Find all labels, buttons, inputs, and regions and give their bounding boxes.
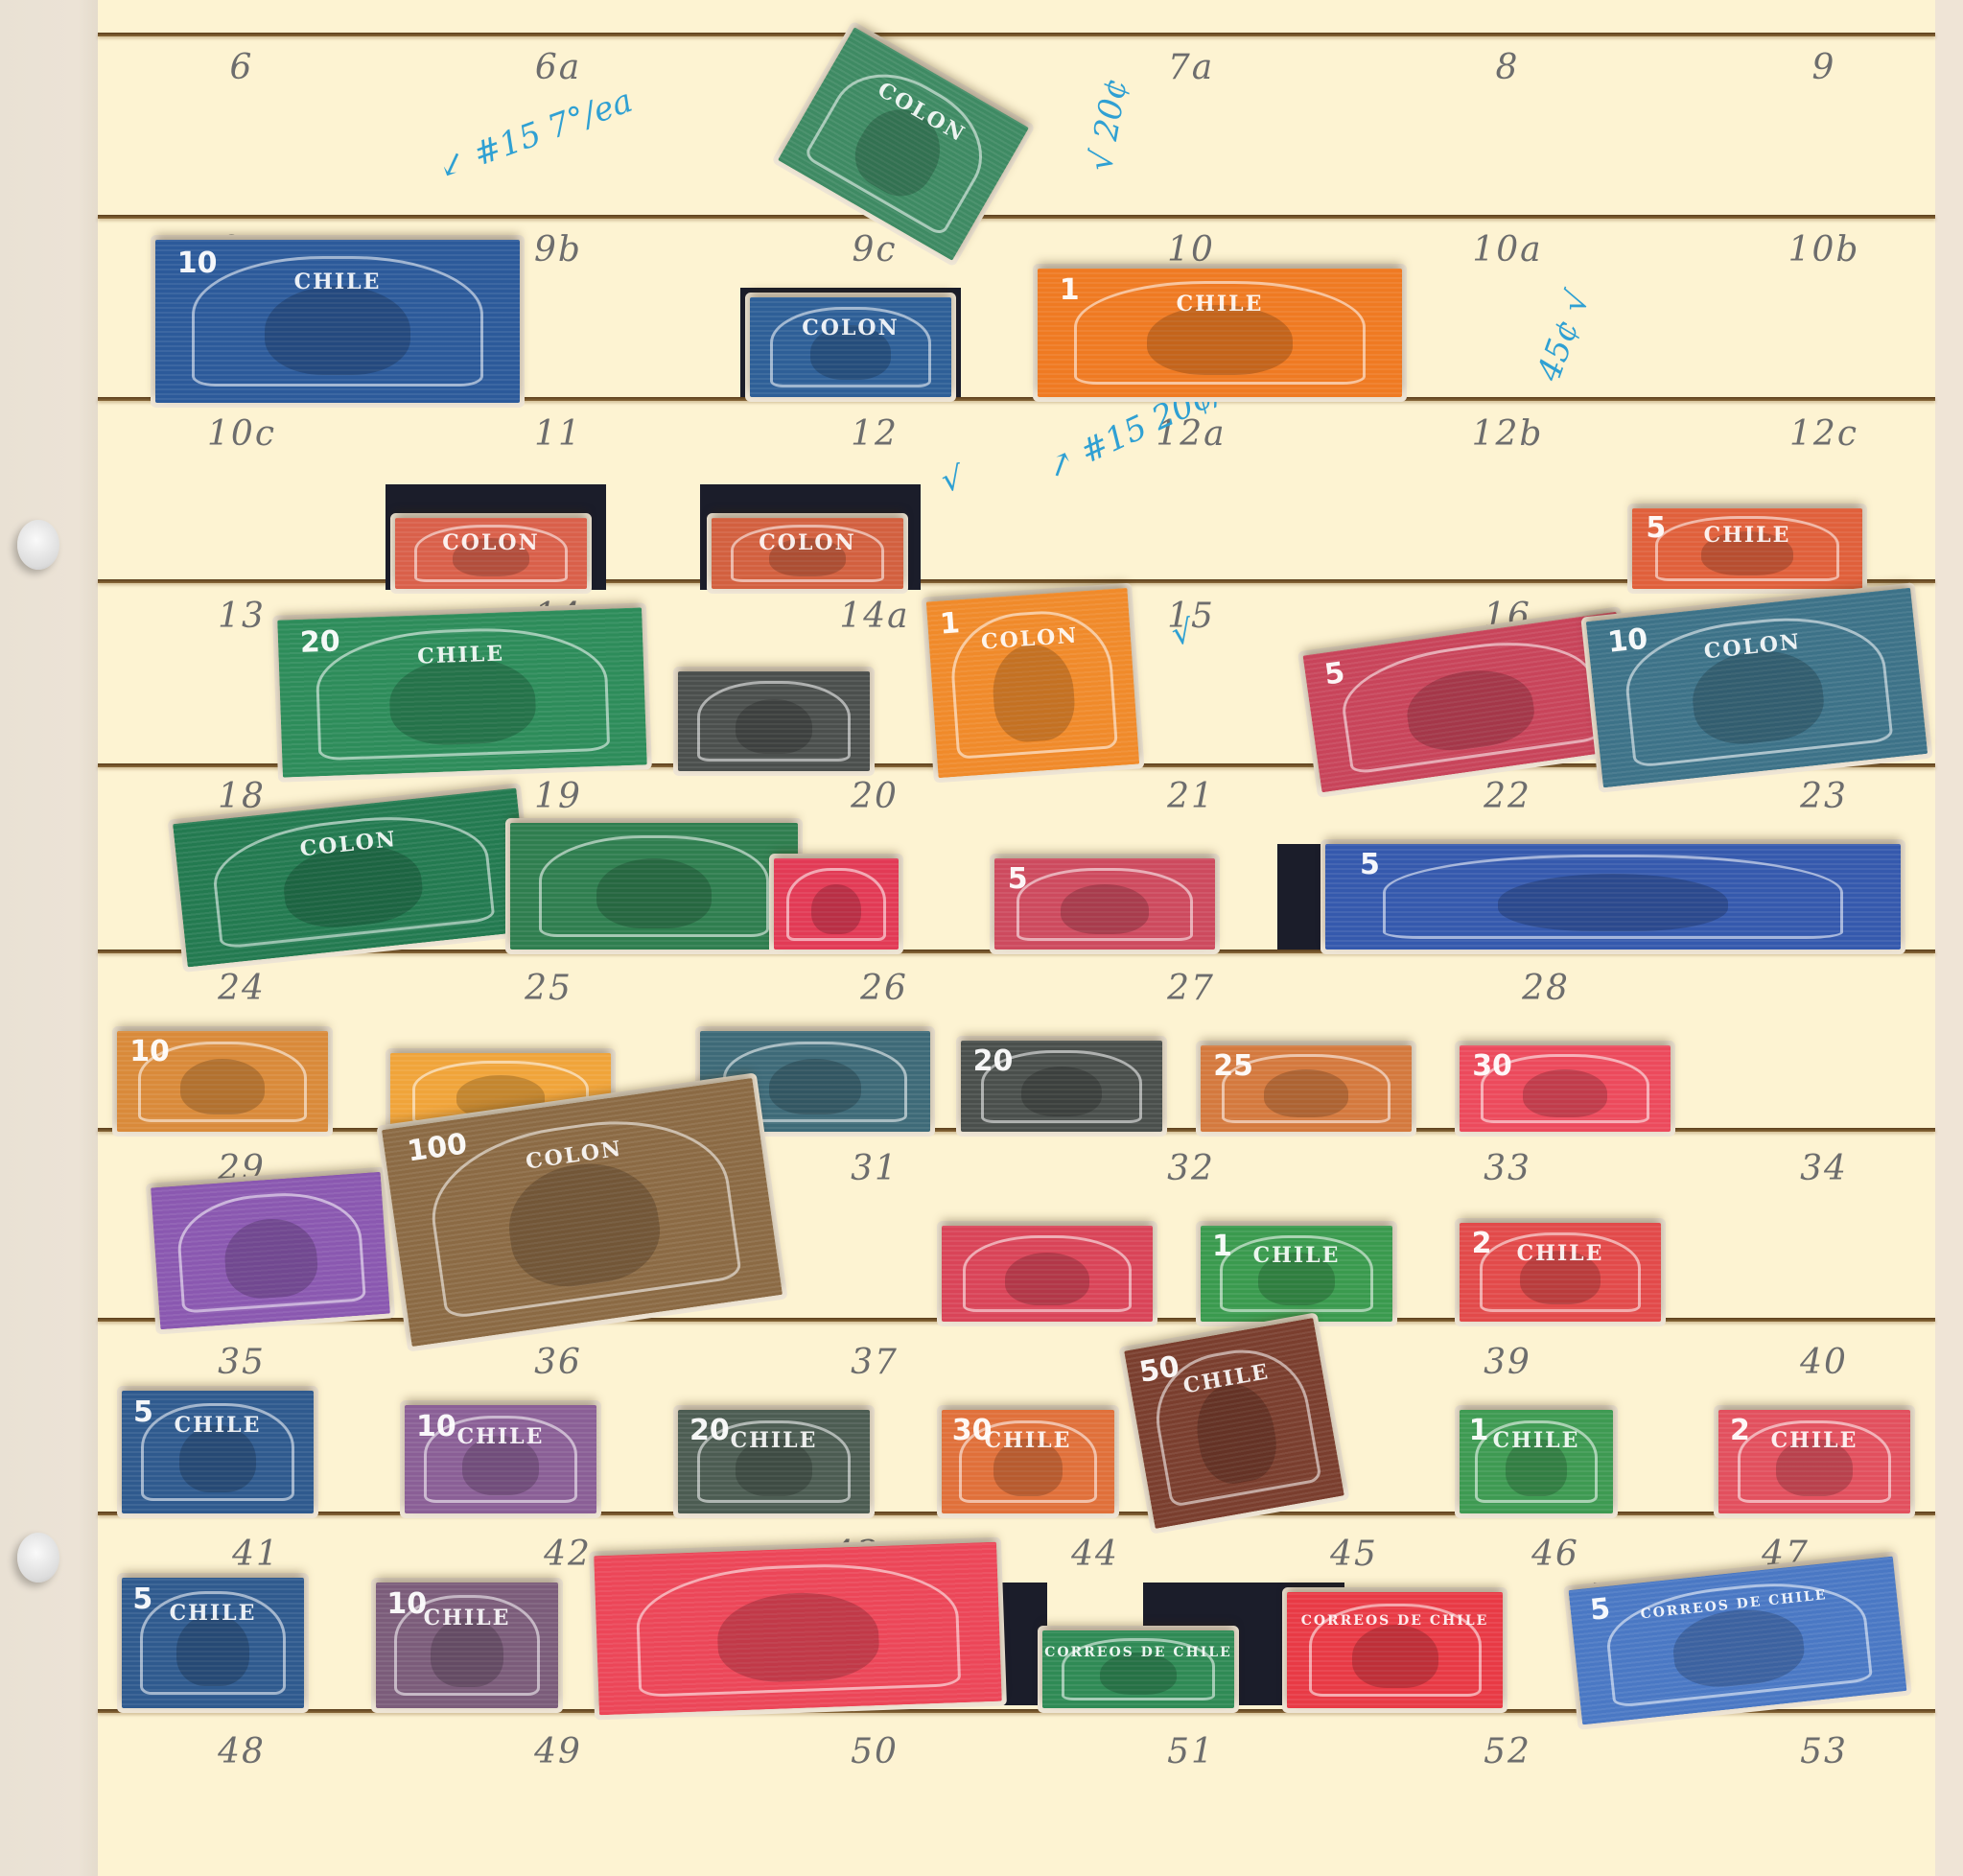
catalog-number-label: 10a (1472, 230, 1542, 270)
catalog-number-label: 44 (1071, 1535, 1119, 1574)
catalog-number-label: 39 (1484, 1343, 1531, 1382)
stamp-inscription: CHILE (155, 270, 520, 294)
handwritten-ink-note: 45¢ √ (1530, 285, 1598, 386)
catalog-number-label: 13 (218, 597, 266, 636)
stamp: COLON (750, 297, 951, 397)
catalog-number-label: 12 (851, 414, 899, 454)
stamp: 20 (961, 1041, 1162, 1132)
pocket-strip (98, 215, 1935, 219)
catalog-number-label: 32 (1167, 1149, 1215, 1188)
catalog-number-label: 18 (218, 777, 266, 816)
stamp: 2CHILE (1718, 1410, 1910, 1513)
catalog-number-label: 27 (1167, 969, 1215, 1008)
stamp: 2CHILE (1460, 1223, 1661, 1322)
stamp (678, 671, 870, 771)
stamp: 5CHILE (122, 1578, 304, 1708)
stamp-denomination: 5 (1322, 656, 1347, 692)
stamp-inscription: CHILE (1460, 1241, 1661, 1266)
catalog-number-label: 11 (534, 414, 582, 454)
catalog-number-label: 36 (534, 1343, 582, 1382)
catalog-number-label: 37 (851, 1343, 899, 1382)
stamp: 10CHILE (405, 1405, 596, 1513)
handwritten-ink-note: √ (939, 458, 966, 500)
stamp-denomination: 5 (1008, 862, 1028, 896)
stamp: 1CHILE (1038, 269, 1402, 397)
stamp-denomination: 10 (129, 1035, 170, 1068)
catalog-number-label: 23 (1800, 777, 1848, 816)
stamp: 50CHILE (1124, 1318, 1344, 1529)
catalog-number-label: 25 (525, 969, 573, 1008)
catalog-number-label: 46 (1531, 1535, 1579, 1574)
catalog-number-label: 34 (1800, 1149, 1848, 1188)
stamp: 20CHILE (678, 1410, 870, 1513)
stamp-inscription: COLON (395, 530, 587, 555)
stamp: 5CHILE (1632, 508, 1862, 589)
catalog-number-label: 12c (1789, 414, 1858, 454)
page-right-margin (1935, 0, 1963, 1876)
pocket-strip (98, 33, 1935, 36)
stamp: 5 (994, 858, 1215, 950)
catalog-number-label: 52 (1484, 1732, 1531, 1771)
stamp (510, 823, 798, 950)
stamp: 1CHILE (1201, 1226, 1392, 1322)
stamp-inscription: CORREOS DE CHILE (1042, 1645, 1234, 1660)
stamp-inscription: CHILE (376, 1606, 558, 1630)
catalog-number-label: 24 (218, 969, 266, 1008)
stamp: 1CHILE (1460, 1410, 1613, 1513)
stamp-inscription: COLON (712, 530, 903, 555)
catalog-number-label: 9c (852, 230, 897, 270)
stamp-inscription: COLON (175, 813, 522, 874)
catalog-number-label: 9 (1812, 48, 1836, 87)
stamp: 30 (1460, 1045, 1671, 1132)
stamp (774, 858, 899, 950)
handwritten-ink-note: ↙ #15 7°/ea (433, 82, 638, 187)
stamp: COLON (778, 27, 1029, 261)
stamp-inscription: COLON (750, 316, 951, 340)
catalog-number-label: 53 (1800, 1732, 1848, 1771)
catalog-number-label: 50 (851, 1732, 899, 1771)
stamp-inscription: CHILE (1038, 292, 1402, 317)
catalog-number-label: 31 (851, 1149, 899, 1188)
catalog-number-label: 10 (1167, 230, 1215, 270)
stamp: CORREOS DE CHILE (1042, 1630, 1234, 1708)
stamp (151, 1172, 390, 1329)
catalog-number-label: 26 (860, 969, 908, 1008)
stamp-inscription: CHILE (1201, 1243, 1392, 1268)
stamp (942, 1226, 1153, 1322)
handwritten-ink-note: √ 20¢ (1082, 76, 1135, 175)
catalog-number-label: 20 (851, 777, 899, 816)
catalog-number-label: 51 (1167, 1732, 1215, 1771)
stamp: COLON (395, 518, 587, 589)
catalog-number-label: 28 (1522, 969, 1570, 1008)
catalog-number-label: 6 (230, 48, 254, 87)
catalog-number-label: 41 (232, 1535, 280, 1574)
stamp: COLON (712, 518, 903, 589)
stamp: 5CORREOS DE CHILE (1569, 1557, 1907, 1725)
catalog-number-label: 21 (1167, 777, 1215, 816)
catalog-number-label: 35 (218, 1343, 266, 1382)
stamp-inscription: CHILE (1460, 1428, 1613, 1453)
catalog-number-label: 42 (544, 1535, 592, 1574)
stamp-inscription: CHILE (678, 1428, 870, 1453)
stamp: 25 (1201, 1045, 1412, 1132)
stamp-denomination: 25 (1213, 1049, 1253, 1083)
catalog-number-label: 49 (534, 1732, 582, 1771)
catalog-number-label: 19 (534, 777, 582, 816)
binder-hole-bottom (17, 1533, 59, 1583)
stamp-denomination: 30 (1472, 1049, 1512, 1083)
stamp-inscription: CORREOS DE CHILE (1571, 1581, 1897, 1630)
stamp-inscription: CHILE (122, 1413, 314, 1438)
stamp-inscription: COLON (829, 51, 1016, 174)
catalog-number-label: 48 (218, 1732, 266, 1771)
stock-page: 66a77a899a9b9c1010a10b10c111212a12b12c13… (98, 0, 1935, 1876)
stamp (594, 1542, 1002, 1716)
binder-hole-top (17, 520, 59, 570)
catalog-number-label: 10c (207, 414, 276, 454)
stamp: 1COLON (926, 588, 1139, 778)
stamp: 10CHILE (155, 240, 520, 403)
stamp: 10 (117, 1031, 328, 1132)
stamp: 10COLON (1586, 588, 1928, 788)
stamp-inscription: CHILE (405, 1424, 596, 1449)
catalog-number-label: 10b (1788, 230, 1860, 270)
catalog-number-label: 33 (1484, 1149, 1531, 1188)
catalog-number-label: 22 (1484, 777, 1531, 816)
catalog-number-label: 14a (839, 597, 909, 636)
stamp: 10CHILE (376, 1583, 558, 1708)
catalog-number-label: 8 (1496, 48, 1520, 87)
stamp-inscription: CHILE (1718, 1428, 1910, 1453)
stamp: 30CHILE (942, 1410, 1114, 1513)
stamp-denomination: 20 (973, 1044, 1014, 1078)
stamp-inscription: CORREOS DE CHILE (1287, 1613, 1503, 1629)
catalog-number-label: 40 (1800, 1343, 1848, 1382)
stamp-denomination: 5 (1360, 848, 1380, 881)
page-left-margin (0, 0, 98, 1876)
pocket-strip (98, 950, 1935, 953)
catalog-number-label: 9b (534, 230, 582, 270)
stamp-inscription: CHILE (1632, 523, 1862, 548)
catalog-number-label: 7a (1168, 48, 1214, 87)
stamp: 5CHILE (122, 1391, 314, 1513)
catalog-number-label: 45 (1330, 1535, 1378, 1574)
stamp-inscription: CHILE (942, 1428, 1114, 1453)
stamp: 20CHILE (277, 607, 646, 777)
stamp-inscription: CHILE (122, 1601, 304, 1626)
catalog-number-label: 12b (1472, 414, 1544, 454)
stamp: 5 (1325, 844, 1901, 950)
catalog-number-label: 6a (535, 48, 581, 87)
stamp: CORREOS DE CHILE (1287, 1592, 1503, 1708)
